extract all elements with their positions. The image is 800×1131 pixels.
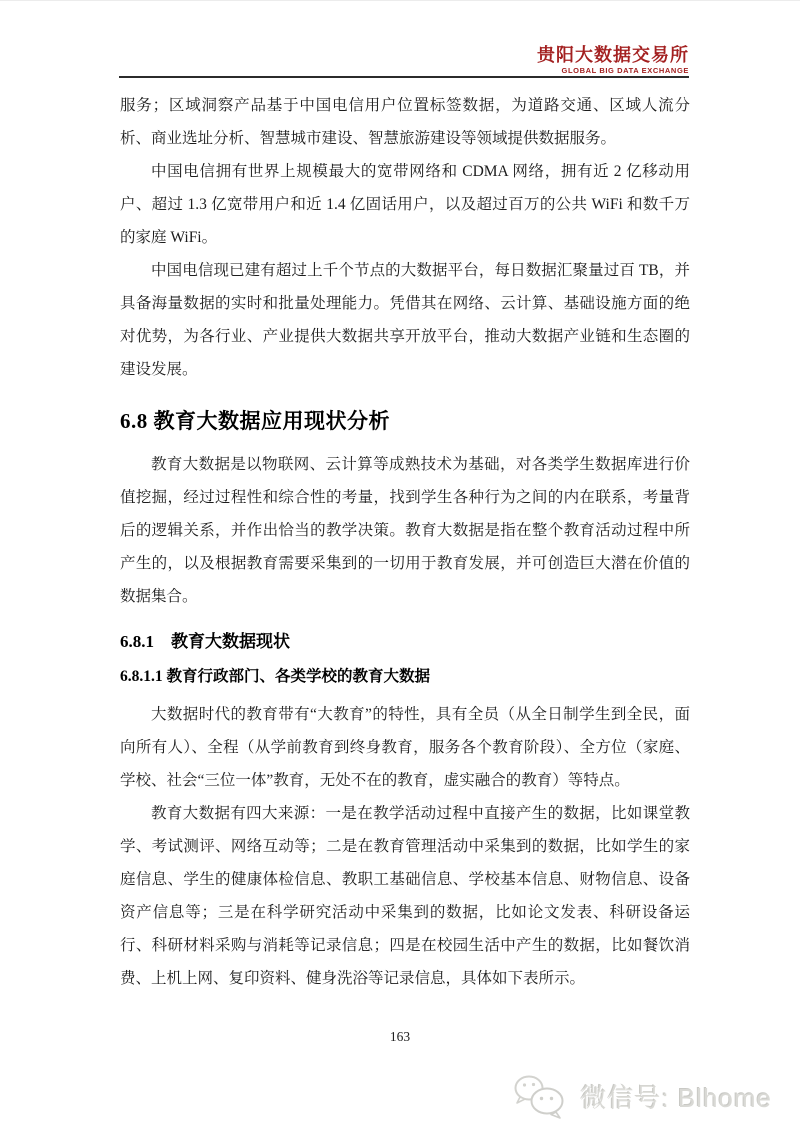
wechat-icon [512, 1073, 570, 1119]
page-number: 163 [0, 1029, 800, 1045]
subsection-heading-6-8-1: 6.8.1 教育大数据现状 [120, 631, 690, 653]
paragraph-telecom-services: 服务；区域洞察产品基于中国电信用户位置标签数据，为道路交通、区域人流分析、商业选… [120, 89, 690, 155]
paragraph-telecom-network: 中国电信拥有世界上规模最大的宽带网络和 CDMA 网络，拥有近 2 亿移动用户、… [120, 155, 690, 254]
org-subtitle: GLOBAL BIG DATA EXCHANGE [119, 66, 689, 75]
paragraph-education-intro: 教育大数据是以物联网、云计算等成熟技术为基础，对各类学生数据库进行价值挖掘，经过… [120, 448, 690, 613]
watermark-label: 微信号: Blhome [580, 1078, 772, 1115]
paragraph-education-sources: 教育大数据有四大来源：一是在教学活动过程中直接产生的数据，比如课堂教学、考试测评… [120, 797, 690, 995]
section-heading-6-8: 6.8 教育大数据应用现状分析 [120, 407, 690, 435]
document-page: 贵阳大数据交易所 GLOBAL BIG DATA EXCHANGE 服务；区域洞… [0, 0, 800, 1131]
document-body: 服务；区域洞察产品基于中国电信用户位置标签数据，为道路交通、区域人流分析、商业选… [120, 89, 690, 995]
paragraph-telecom-platform: 中国电信现已建有超过上千个节点的大数据平台，每日数据汇聚量过百 TB，并具备海量… [120, 254, 690, 386]
wechat-watermark: 微信号: Blhome [512, 1073, 772, 1119]
paragraph-education-features: 大数据时代的教育带有“大教育”的特性，具有全员（从全日制学生到全民，面向所有人）… [120, 698, 690, 797]
org-name: 贵阳大数据交易所 [119, 46, 689, 66]
subsubsection-heading-6-8-1-1: 6.8.1.1 教育行政部门、各类学校的教育大数据 [120, 667, 690, 687]
document-header: 贵阳大数据交易所 GLOBAL BIG DATA EXCHANGE [119, 46, 689, 75]
header-rule [119, 76, 689, 78]
